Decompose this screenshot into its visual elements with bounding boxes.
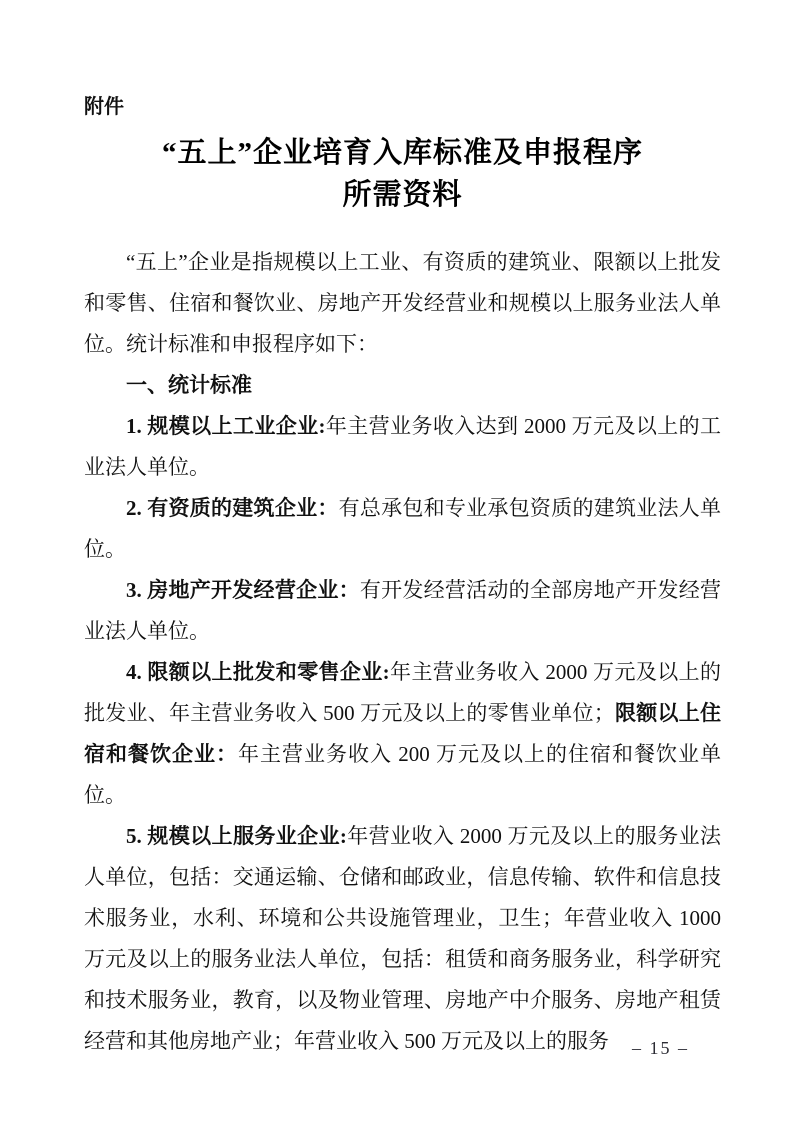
statute-item: 4. 限额以上批发和零售企业:年主营业务收入 2000 万元及以上的批发业、年主…: [84, 652, 721, 816]
document-page: 附件 “五上”企业培育入库标准及申报程序 所需资料 “五上”企业是指规模以上工业…: [0, 0, 793, 1122]
title-line-2: 所需资料: [84, 174, 721, 216]
attachment-label: 附件: [84, 94, 721, 120]
section-heading: 一、统计标准: [84, 365, 721, 406]
statute-item-label: 5. 规模以上服务业企业:: [126, 824, 347, 848]
page-number: – 15 –: [632, 1037, 689, 1059]
page-content: 附件 “五上”企业培育入库标准及申报程序 所需资料 “五上”企业是指规模以上工业…: [84, 0, 721, 1062]
intro-paragraph: “五上”企业是指规模以上工业、有资质的建筑业、限额以上批发和零售、住宿和餐饮业、…: [84, 242, 721, 365]
statute-item: 5. 规模以上服务业企业:年营业收入 2000 万元及以上的服务业法人单位，包括…: [84, 816, 721, 1062]
statute-item-label: 1. 规模以上工业企业:: [126, 414, 326, 438]
statute-item-label: 4. 限额以上批发和零售企业:: [126, 660, 390, 684]
statute-item: 2. 有资质的建筑企业：有总承包和专业承包资质的建筑业法人单位。: [84, 488, 721, 570]
document-body: “五上”企业是指规模以上工业、有资质的建筑业、限额以上批发和零售、住宿和餐饮业、…: [84, 242, 721, 1062]
title-line-1: “五上”企业培育入库标准及申报程序: [84, 132, 721, 174]
statute-item: 1. 规模以上工业企业:年主营业务收入达到 2000 万元及以上的工业法人单位。: [84, 406, 721, 488]
document-title: “五上”企业培育入库标准及申报程序 所需资料: [84, 132, 721, 216]
statute-item-label: 3. 房地产开发经营企业：: [126, 578, 360, 602]
statute-item-label: 2. 有资质的建筑企业：: [126, 496, 339, 520]
statute-items: 1. 规模以上工业企业:年主营业务收入达到 2000 万元及以上的工业法人单位。…: [84, 406, 721, 1062]
statute-item: 3. 房地产开发经营企业：有开发经营活动的全部房地产开发经营业法人单位。: [84, 570, 721, 652]
statute-item-text: 年营业收入 2000 万元及以上的服务业法人单位，包括：交通运输、仓储和邮政业，…: [84, 824, 721, 1053]
